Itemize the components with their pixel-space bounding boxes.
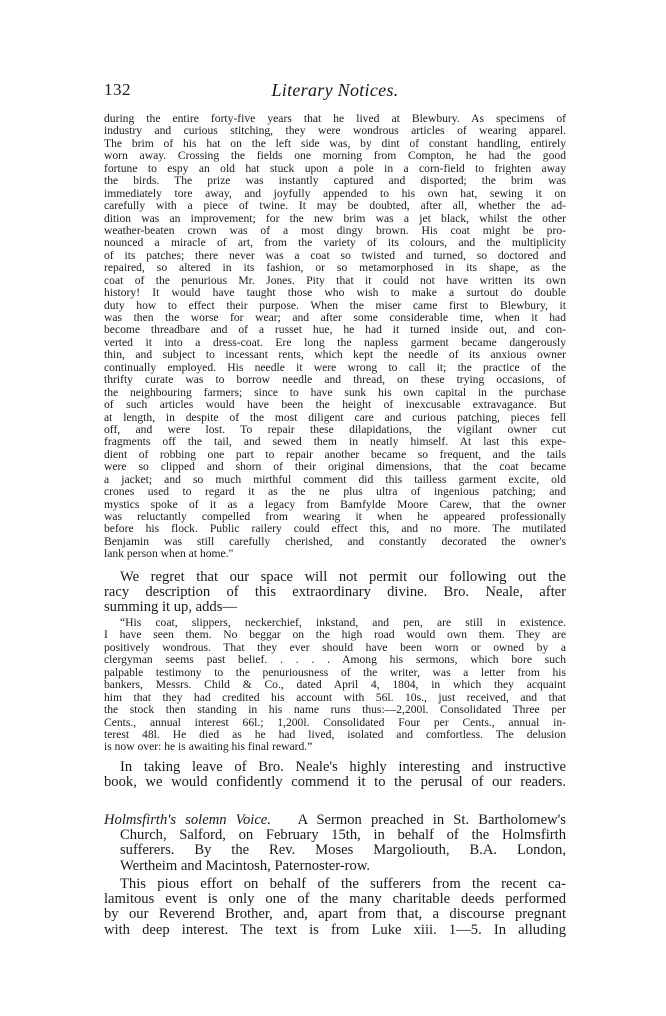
running-head: 132 Literary Notices.	[104, 80, 566, 100]
text-line: were so clipped and shorn of their origi…	[104, 461, 566, 473]
text-line: lank person when at home."	[104, 548, 566, 560]
text-line: book, we would confidently commend it to…	[104, 775, 566, 790]
text-line: crones used to regard it as the ne plus …	[104, 486, 566, 498]
text-line: fragments off the tail, and sewed them i…	[104, 436, 566, 448]
text-line: We regret that our space will not permit…	[104, 570, 566, 585]
text-line: industry and curious stitching, they wer…	[104, 125, 566, 137]
quote-continued: during the entire forty-five years that …	[104, 113, 566, 561]
running-title: Literary Notices.	[104, 80, 566, 101]
text-line: become threadbare and of a russet hue, h…	[104, 324, 566, 336]
text-line: worn away. Crossing the fields one morni…	[104, 150, 566, 162]
text-line: the birds. The prize was instantly captu…	[104, 175, 566, 187]
document-page: 132 Literary Notices. during the entire …	[0, 0, 666, 1016]
text-line: lamitous event is only one of the many c…	[104, 892, 566, 907]
text-line: thin, and subject to incessant rents, wh…	[104, 349, 566, 361]
text-line: the stock then standing in his name runs…	[104, 704, 566, 716]
text-line: Wertheim and Macintosh, Paternoster-row.	[104, 859, 566, 874]
notice-title: Holmsfirth's solemn Voice.	[104, 812, 271, 828]
text-line: Church, Salford, on February 15th, in be…	[104, 828, 566, 843]
text-line: carefully with a piece of twine. It may …	[104, 200, 566, 212]
text-line: by our Reverend Brother, and, apart from…	[104, 907, 566, 922]
text-line: is now over: he is awaiting his final re…	[104, 741, 566, 753]
text-line: clergyman seems past belief. . . . . Amo…	[104, 654, 566, 666]
text-line: In taking leave of Bro. Neale's highly i…	[104, 760, 566, 775]
text-line: thrifty curate was to borrow needle and …	[104, 374, 566, 386]
text-line: This pious effort on behalf of the suffe…	[104, 877, 566, 892]
text-line: repaired, so altered in its fashion, or …	[104, 262, 566, 274]
text-span: A Sermon preached in St. Bartholomew's	[298, 812, 566, 828]
text-line: I have seen them. No beggar on the high …	[104, 629, 566, 641]
notice-holmsfirth: Holmsfirth's solemn Voice. A Sermon prea…	[104, 813, 566, 874]
quote-neale: “His coat, slippers, neckerchief, inksta…	[104, 617, 566, 754]
text-line: of such articles would have been the hei…	[104, 399, 566, 411]
text-line: with deep interest. The text is from Luk…	[104, 923, 566, 938]
text-line: bankers, Messrs. Child & Co., dated Apri…	[104, 679, 566, 691]
text-line: sufferers. By the Rev. Moses Margoliouth…	[104, 843, 566, 858]
notice-heading-line: Holmsfirth's solemn Voice. A Sermon prea…	[104, 813, 566, 828]
paragraph-regret: We regret that our space will not permit…	[104, 570, 566, 616]
paragraph-pious: This pious effort on behalf of the suffe…	[104, 877, 566, 938]
paragraph-leave: In taking leave of Bro. Neale's highly i…	[104, 760, 566, 790]
text-line: summing it up, adds—	[104, 600, 566, 615]
text-line: before his flock. Public railery could e…	[104, 523, 566, 535]
text-line: racy description of this extraordinary d…	[104, 585, 566, 600]
text-line: nounced a miracle of art, from the varie…	[104, 237, 566, 249]
text-line: history! It would have taught those who …	[104, 287, 566, 299]
